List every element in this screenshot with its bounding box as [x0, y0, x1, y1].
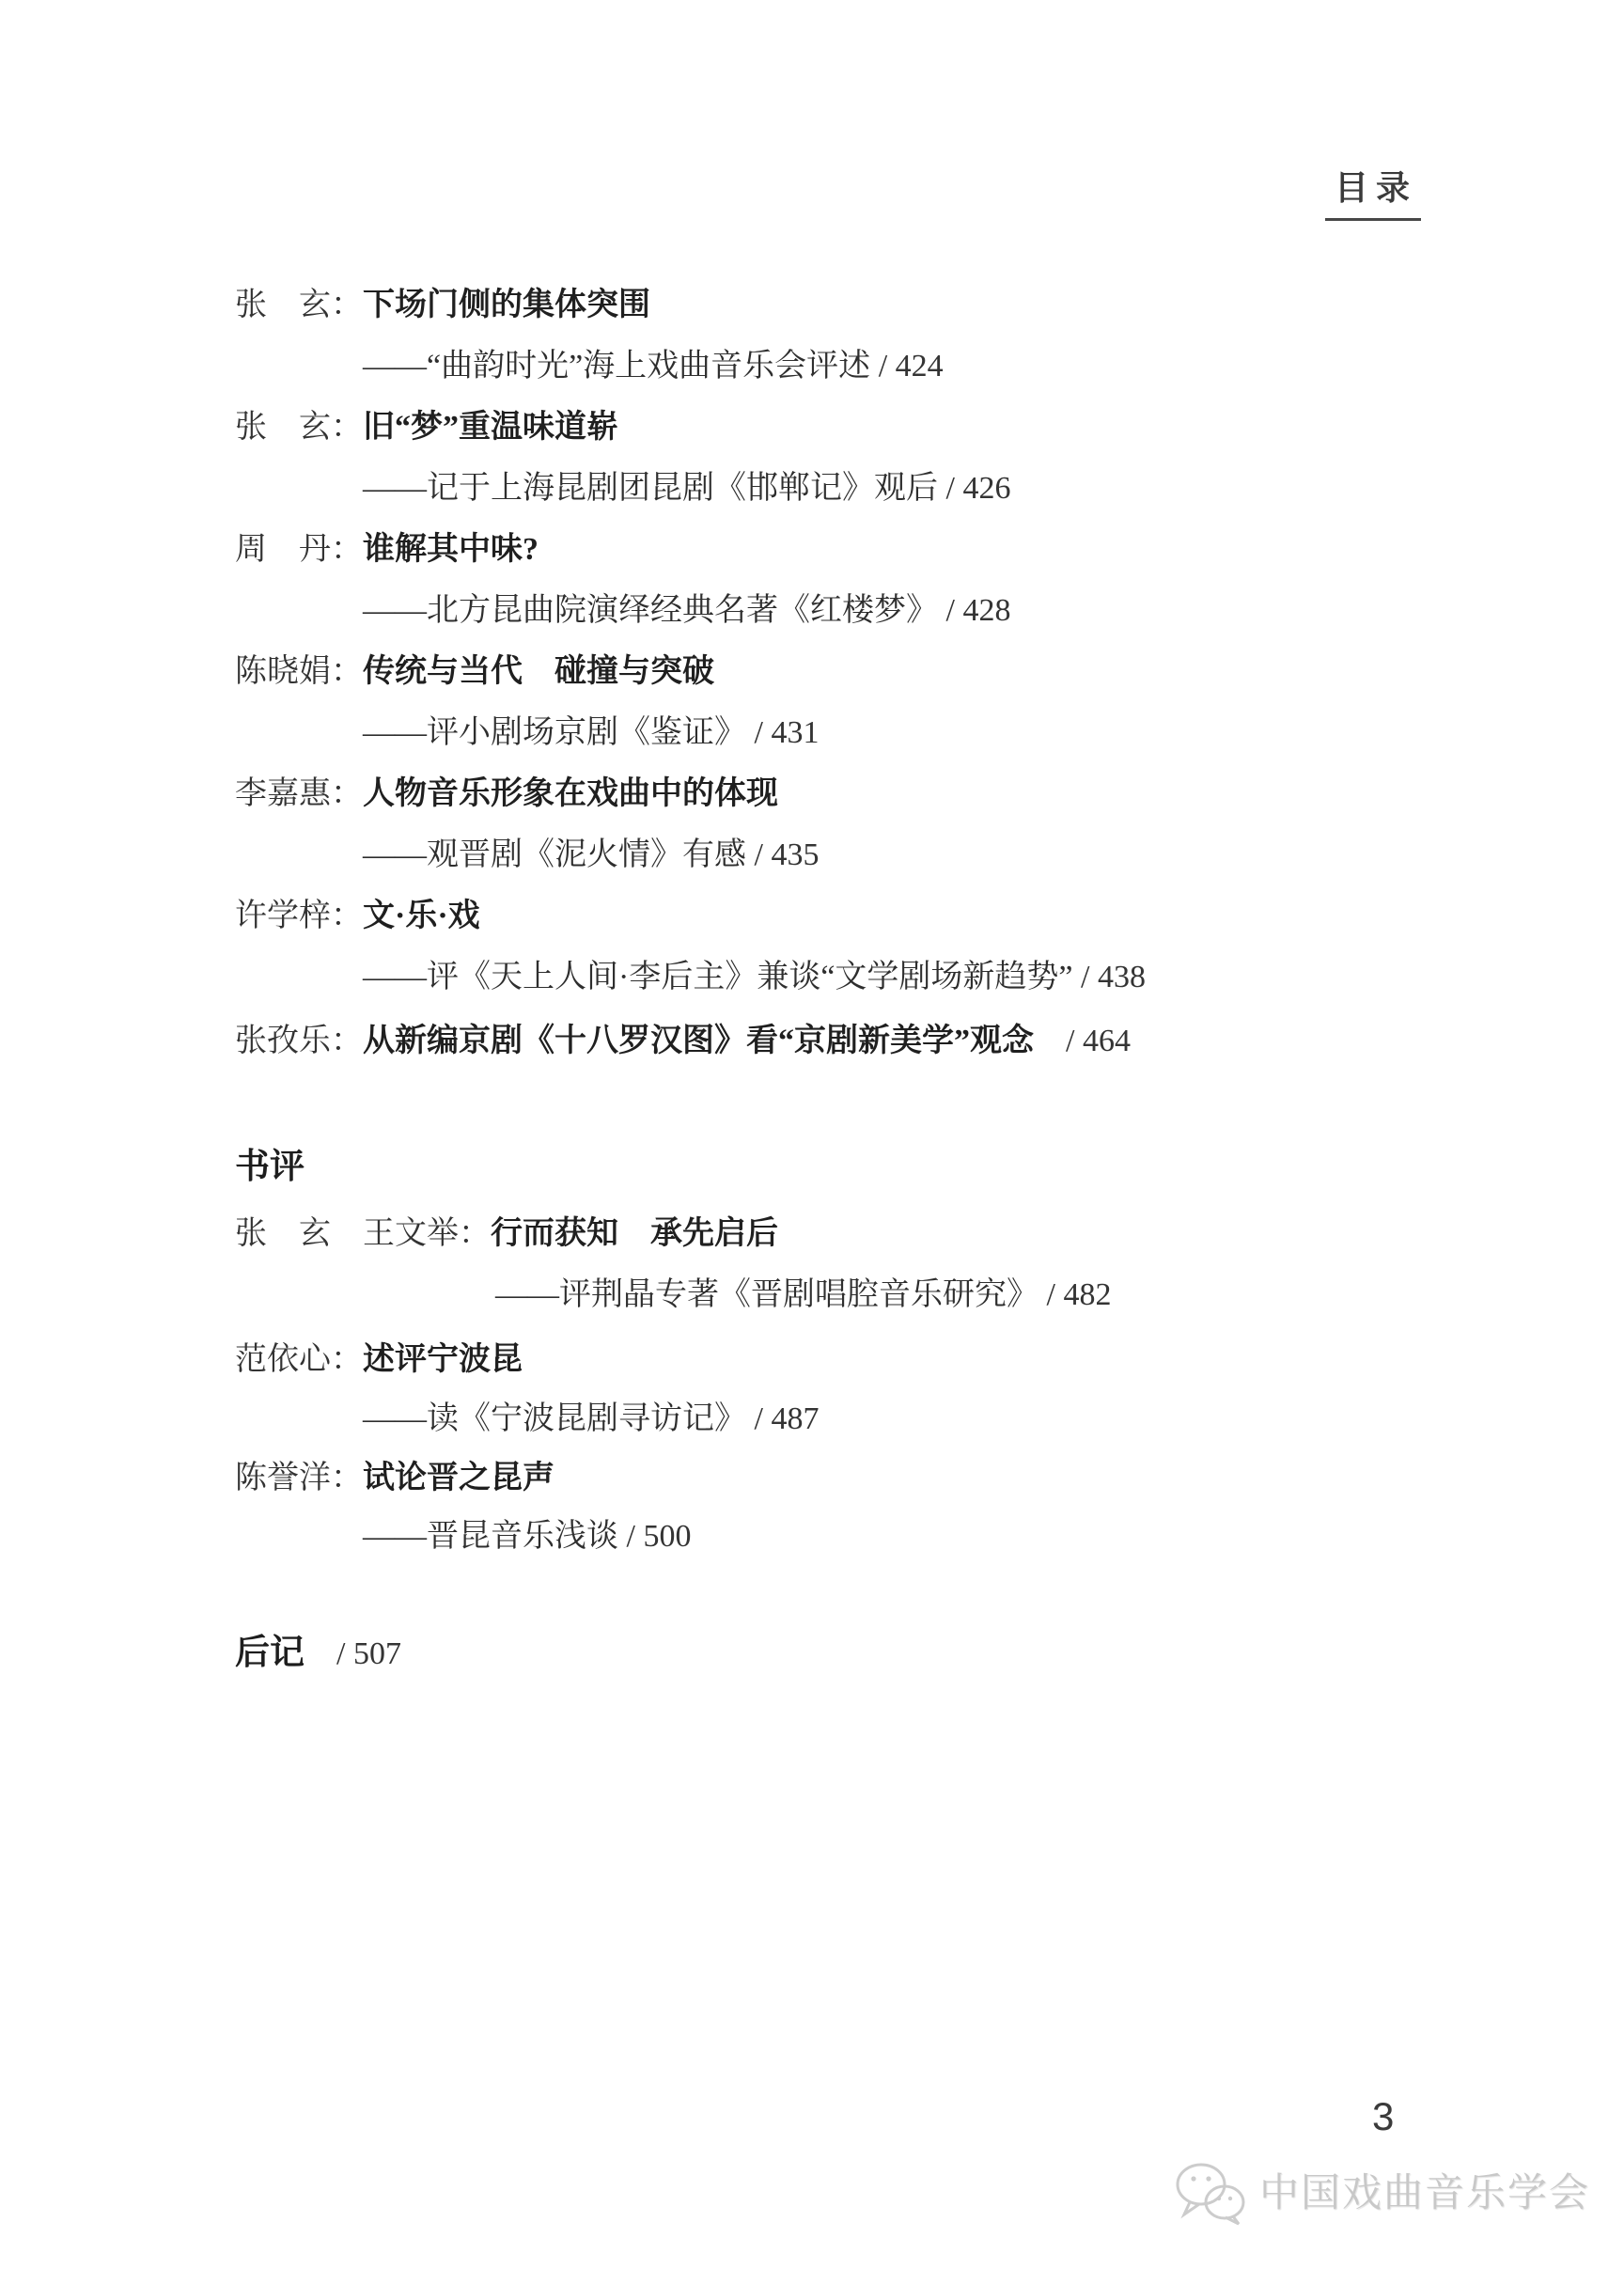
page-number: 424 [896, 349, 944, 383]
page-separator: / [938, 471, 962, 506]
subtitle-text: ——“曲韵时光”海上戏曲音乐会评述 [363, 349, 870, 383]
toc-entry-subtitle: ——“曲韵时光”海上戏曲音乐会评述 / 424 [363, 351, 944, 383]
page-separator: / [870, 349, 895, 383]
page-separator: / [304, 1636, 353, 1671]
entry-title: 人物音乐形象在戏曲中的体现 [363, 776, 778, 811]
toc-entry-subtitle: ——记于上海昆剧团昆剧《邯郸记》观后 / 426 [363, 473, 1010, 505]
entry-title: 从新编京剧《十八罗汉图》看“京剧新美学”观念 [363, 1024, 1034, 1058]
page-separator: / [1034, 1024, 1083, 1058]
page-number: 431 [771, 715, 819, 750]
entry-author: 范依心： [235, 1342, 363, 1377]
toc-entry: 张孜乐：从新编京剧《十八罗汉图》看“京剧新美学”观念 / 464 [235, 1025, 1131, 1057]
page-separator: / [618, 1519, 643, 1554]
afterword-entry: 后记 / 507 [235, 1635, 401, 1670]
entry-author: 许学梓： [235, 899, 363, 933]
page-number: 464 [1083, 1024, 1131, 1058]
subtitle-text: ——北方昆曲院演绎经典名著《红楼梦》 [363, 593, 938, 628]
entry-author: 张 玄： [235, 410, 363, 445]
page-number: 500 [643, 1519, 691, 1554]
watermark-text: 中国戏曲音乐学会 [1259, 2173, 1590, 2213]
toc-entry: 陈誉洋：试论晋之昆声 [235, 1463, 554, 1494]
entry-title: 传统与当代 碰撞与突破 [363, 654, 714, 689]
watermark-footer: 中国戏曲音乐学会 [1173, 2160, 1590, 2226]
entry-author: 张 玄 王文举： [235, 1216, 491, 1251]
entry-author: 陈誉洋： [235, 1461, 363, 1495]
toc-entry: 许学梓：文·乐·戏 [235, 900, 480, 932]
subtitle-text: ——记于上海昆剧团昆剧《邯郸记》观后 [363, 471, 938, 506]
entry-title: 旧“梦”重温味道崭 [363, 410, 618, 445]
page-number: 487 [771, 1401, 819, 1436]
subtitle-text: ——晋昆音乐浅谈 [363, 1519, 618, 1554]
toc-entry: 陈晓娟：传统与当代 碰撞与突破 [235, 656, 714, 688]
toc-entry: 周 丹：谁解其中味? [235, 534, 539, 566]
entry-title: 行而获知 承先启后 [491, 1216, 778, 1251]
page-number: 428 [962, 593, 1010, 628]
toc-entry: 李嘉惠：人物音乐形象在戏曲中的体现 [235, 778, 778, 810]
toc-entry: 范依心：述评宁波昆 [235, 1344, 523, 1376]
entry-author: 张 玄： [235, 288, 363, 322]
page-number: 438 [1098, 960, 1146, 994]
toc-entry: 张 玄 王文举：行而获知 承先启后 [235, 1218, 778, 1250]
afterword-label: 后记 [235, 1633, 304, 1671]
section-heading-book-reviews: 书评 [235, 1149, 304, 1183]
page-separator: / [746, 1401, 771, 1436]
page-number: 426 [962, 471, 1010, 506]
entry-title: 文·乐·戏 [363, 899, 480, 933]
entry-title: 述评宁波昆 [363, 1342, 523, 1377]
toc-entry-subtitle: ——评荆晶专著《晋剧唱腔音乐研究》 / 482 [495, 1279, 1111, 1311]
entry-author: 张孜乐： [235, 1024, 363, 1058]
toc-entry-subtitle: ——北方昆曲院演绎经典名著《红楼梦》 / 428 [363, 595, 1010, 627]
toc-entry: 张 玄：旧“梦”重温味道崭 [235, 412, 618, 444]
entry-author: 周 丹： [235, 532, 363, 567]
subtitle-text: ——评《天上人间·李后主》兼谈“文学剧场新趋势” [363, 960, 1073, 994]
page-number-footer: 3 [1372, 2094, 1394, 2139]
page-separator: / [938, 593, 962, 628]
page-number: 482 [1063, 1277, 1111, 1312]
toc-entry-subtitle: ——观晋剧《泥火情》有感 / 435 [363, 839, 819, 871]
subtitle-text: ——评荆晶专著《晋剧唱腔音乐研究》 [495, 1277, 1038, 1312]
page-separator: / [746, 837, 771, 872]
page-title: 目录 [1325, 171, 1421, 221]
toc-entry-subtitle: ——读《宁波昆剧寻访记》 / 487 [363, 1403, 819, 1435]
page-separator: / [1038, 1277, 1063, 1312]
subtitle-text: ——观晋剧《泥火情》有感 [363, 837, 746, 872]
wechat-logo-icon [1173, 2160, 1248, 2226]
entry-author: 陈晓娟： [235, 654, 363, 689]
toc-entry-subtitle: ——评《天上人间·李后主》兼谈“文学剧场新趋势” / 438 [363, 962, 1146, 994]
page-number: 507 [353, 1636, 401, 1671]
page-separator: / [1073, 960, 1098, 994]
toc-entry: 张 玄：下场门侧的集体突围 [235, 289, 650, 321]
page-separator: / [746, 715, 771, 750]
toc-entry-subtitle: ——评小剧场京剧《鉴证》 / 431 [363, 717, 819, 749]
entry-title: 下场门侧的集体突围 [363, 288, 650, 322]
subtitle-text: ——读《宁波昆剧寻访记》 [363, 1401, 746, 1436]
toc-entry-subtitle: ——晋昆音乐浅谈 / 500 [363, 1521, 691, 1553]
subtitle-text: ——评小剧场京剧《鉴证》 [363, 715, 746, 750]
page-number: 435 [771, 837, 819, 872]
document-page: 目录 张 玄：下场门侧的集体突围 ——“曲韵时光”海上戏曲音乐会评述 / 424… [0, 0, 1624, 2269]
entry-title: 试论晋之昆声 [363, 1461, 554, 1495]
entry-title: 谁解其中味? [363, 532, 539, 567]
entry-author: 李嘉惠： [235, 776, 363, 811]
